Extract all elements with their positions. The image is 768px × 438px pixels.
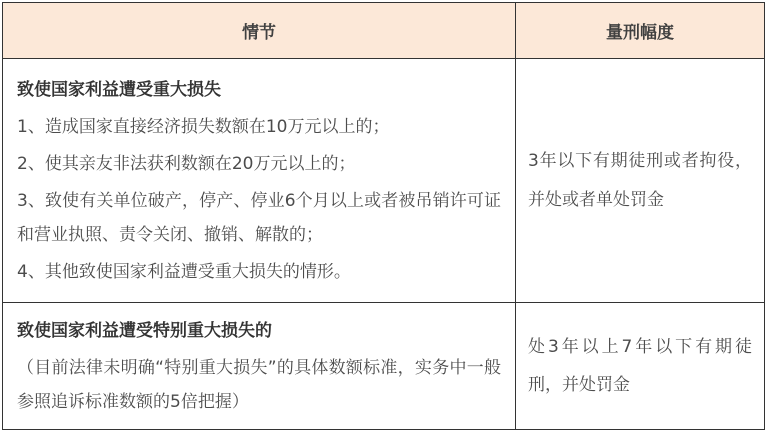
major-loss-title: 致使国家利益遭受重大损失 bbox=[17, 73, 501, 107]
major-loss-penalty: 3年以下有期徒刑或者拘役，并处或者单处罚金 bbox=[516, 59, 765, 303]
table-header-row: 情节 量刑幅度 bbox=[3, 3, 765, 59]
header-sentencing-range: 量刑幅度 bbox=[516, 3, 765, 59]
major-loss-item-3: 3、致使有关单位破产，停产、停业6个月以上或者被吊销许可证和营业执照、责令关闭、… bbox=[17, 184, 501, 252]
table-row-special-loss: 致使国家利益遭受特别重大损失的 （目前法律未明确“特别重大损失”的具体数额标准，… bbox=[3, 303, 765, 430]
table-row-major-loss: 致使国家利益遭受重大损失 1、造成国家直接经济损失数额在10万元以上的； 2、使… bbox=[3, 59, 765, 303]
major-loss-item-2: 2、使其亲友非法获利数额在20万元以上的； bbox=[17, 147, 501, 181]
special-loss-circumstances-cell: 致使国家利益遭受特别重大损失的 （目前法律未明确“特别重大损失”的具体数额标准，… bbox=[3, 303, 516, 430]
special-loss-title: 致使国家利益遭受特别重大损失的 bbox=[17, 314, 501, 348]
special-loss-penalty: 处3年以上7年以下有期徒刑，并处罚金 bbox=[516, 303, 765, 430]
header-circumstances: 情节 bbox=[3, 3, 516, 59]
major-loss-item-4: 4、其他致使国家利益遭受重大损失的情形。 bbox=[17, 255, 501, 289]
major-loss-circumstances-cell: 致使国家利益遭受重大损失 1、造成国家直接经济损失数额在10万元以上的； 2、使… bbox=[3, 59, 516, 303]
major-loss-item-1: 1、造成国家直接经济损失数额在10万元以上的； bbox=[17, 110, 501, 144]
special-loss-note: （目前法律未明确“特别重大损失”的具体数额标准，实务中一般参照追诉标准数额的5倍… bbox=[17, 351, 501, 419]
sentencing-table: 情节 量刑幅度 致使国家利益遭受重大损失 1、造成国家直接经济损失数额在10万元… bbox=[2, 2, 765, 430]
